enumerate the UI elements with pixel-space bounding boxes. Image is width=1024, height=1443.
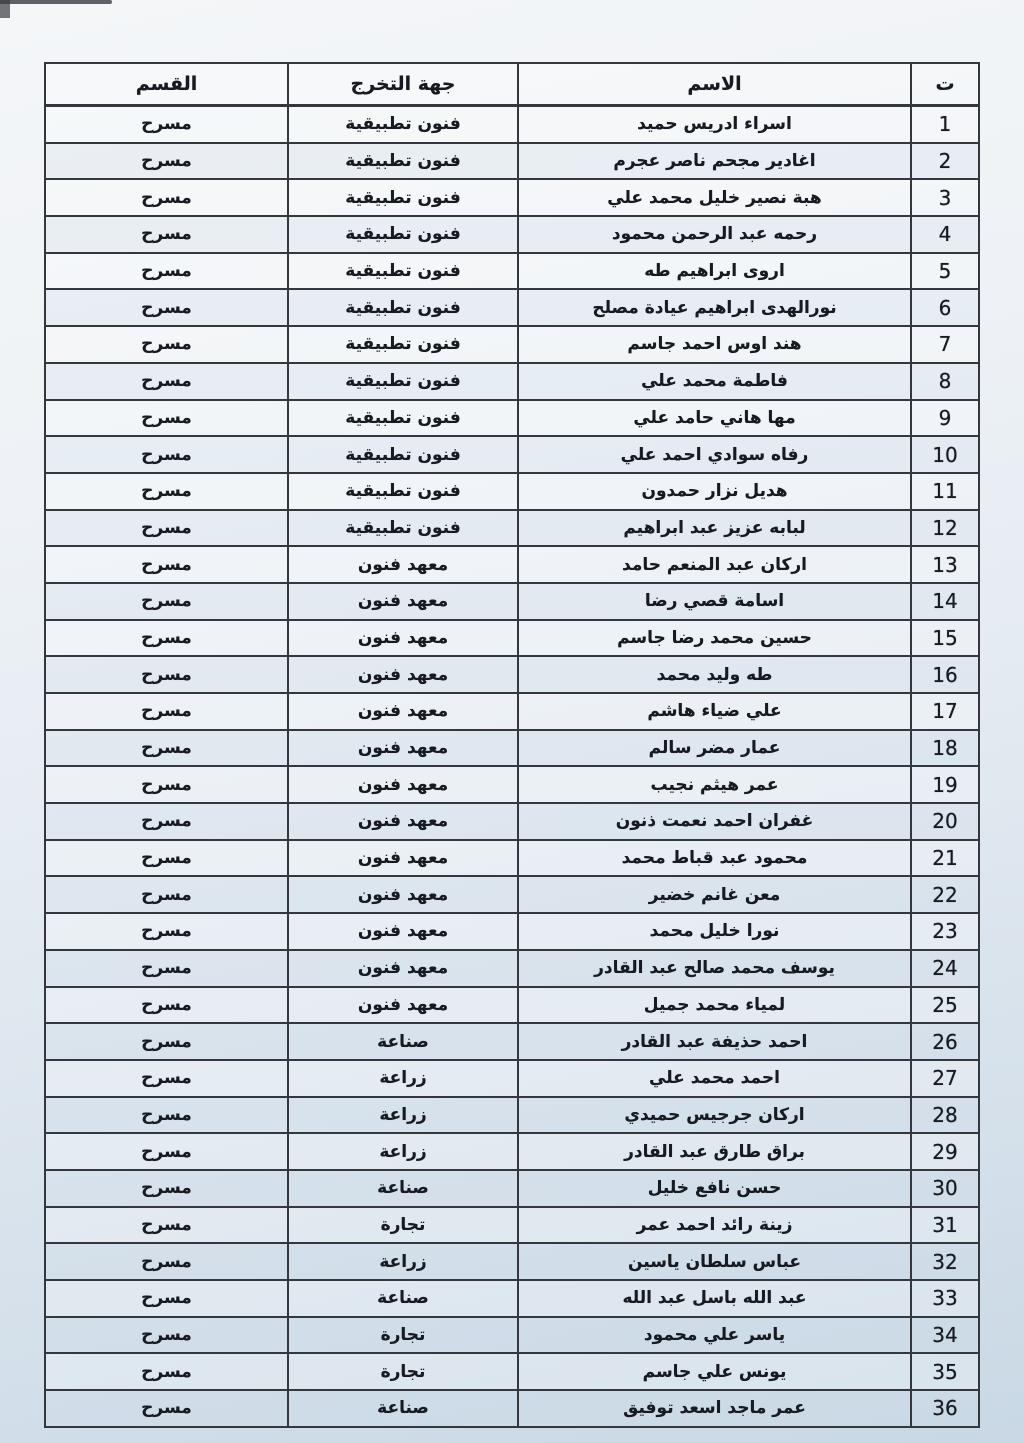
row-number: 5 xyxy=(911,253,979,290)
table-row: 24يوسف محمد صالح عبد القادرمعهد فنونمسرح xyxy=(45,950,979,987)
row-number: 10 xyxy=(911,436,979,473)
graduation-source-cell: معهد فنون xyxy=(288,876,518,913)
graduation-source-cell: معهد فنون xyxy=(288,583,518,620)
student-name: يونس علي جاسم xyxy=(518,1353,911,1390)
student-name: طه وليد محمد xyxy=(518,656,911,693)
student-name: عبد الله باسل عبد الله xyxy=(518,1280,911,1317)
table-row: 21محمود عبد قباط محمدمعهد فنونمسرح xyxy=(45,840,979,877)
graduation-source-cell: زراعة xyxy=(288,1133,518,1170)
graduates-table: ت الاسم جهة التخرج القسم 1اسراء ادريس حم… xyxy=(44,62,980,1428)
table-row: 20غفران احمد نعمت ذنونمعهد فنونمسرح xyxy=(45,803,979,840)
graduation-source-cell: معهد فنون xyxy=(288,546,518,583)
table-row: 36عمر ماجد اسعد توفيقصناعةمسرح xyxy=(45,1390,979,1427)
department-cell: مسرح xyxy=(45,253,288,290)
department-cell: مسرح xyxy=(45,106,288,143)
graduation-source-cell: تجارة xyxy=(288,1317,518,1354)
department-cell: مسرح xyxy=(45,1170,288,1207)
student-name: لمياء محمد جميل xyxy=(518,987,911,1024)
row-number: 33 xyxy=(911,1280,979,1317)
graduation-source-cell: فنون تطبيقية xyxy=(288,289,518,326)
student-name: براق طارق عبد القادر xyxy=(518,1133,911,1170)
row-number: 27 xyxy=(911,1060,979,1097)
row-number: 36 xyxy=(911,1390,979,1427)
table-row: 32عباس سلطان ياسينزراعةمسرح xyxy=(45,1243,979,1280)
row-number: 24 xyxy=(911,950,979,987)
graduation-source-cell: معهد فنون xyxy=(288,803,518,840)
graduation-source-cell: معهد فنون xyxy=(288,766,518,803)
student-name: هبة نصير خليل محمد علي xyxy=(518,179,911,216)
department-cell: مسرح xyxy=(45,400,288,437)
row-number: 23 xyxy=(911,913,979,950)
graduation-source-cell: فنون تطبيقية xyxy=(288,400,518,437)
table-row: 35يونس علي جاسمتجارةمسرح xyxy=(45,1353,979,1390)
student-name: هديل نزار حمدون xyxy=(518,473,911,510)
scan-artifact-corner xyxy=(0,0,10,18)
scan-artifact-top xyxy=(0,0,112,4)
scanned-page: ت الاسم جهة التخرج القسم 1اسراء ادريس حم… xyxy=(0,0,1024,1443)
student-name: اركان عبد المنعم حامد xyxy=(518,546,911,583)
student-name: نورالهدى ابراهيم عيادة مصلح xyxy=(518,289,911,326)
row-number: 17 xyxy=(911,693,979,730)
row-number: 11 xyxy=(911,473,979,510)
graduation-source-cell: زراعة xyxy=(288,1060,518,1097)
department-cell: مسرح xyxy=(45,950,288,987)
row-number: 22 xyxy=(911,876,979,913)
table-row: 13اركان عبد المنعم حامدمعهد فنونمسرح xyxy=(45,546,979,583)
row-number: 19 xyxy=(911,766,979,803)
row-number: 28 xyxy=(911,1097,979,1134)
department-cell: مسرح xyxy=(45,326,288,363)
graduation-source-cell: زراعة xyxy=(288,1097,518,1134)
student-name: عمر ماجد اسعد توفيق xyxy=(518,1390,911,1427)
table-row: 34ياسر علي محمودتجارةمسرح xyxy=(45,1317,979,1354)
row-number: 25 xyxy=(911,987,979,1024)
department-cell: مسرح xyxy=(45,1317,288,1354)
row-number: 29 xyxy=(911,1133,979,1170)
graduation-source-cell: فنون تطبيقية xyxy=(288,473,518,510)
graduation-source-cell: زراعة xyxy=(288,1243,518,1280)
student-name: يوسف محمد صالح عبد القادر xyxy=(518,950,911,987)
row-number: 18 xyxy=(911,730,979,767)
row-number: 31 xyxy=(911,1207,979,1244)
student-name: اسامة قصي رضا xyxy=(518,583,911,620)
table-row: 23نورا خليل محمدمعهد فنونمسرح xyxy=(45,913,979,950)
row-number: 1 xyxy=(911,106,979,143)
graduation-source-cell: فنون تطبيقية xyxy=(288,326,518,363)
student-name: عباس سلطان ياسين xyxy=(518,1243,911,1280)
graduation-source-cell: فنون تطبيقية xyxy=(288,143,518,180)
col-header-number: ت xyxy=(911,63,979,106)
table-row: 31زينة رائد احمد عمرتجارةمسرح xyxy=(45,1207,979,1244)
student-name: اسراء ادريس حميد xyxy=(518,106,911,143)
table-row: 4رحمه عبد الرحمن محمودفنون تطبيقيةمسرح xyxy=(45,216,979,253)
graduation-source-cell: معهد فنون xyxy=(288,730,518,767)
col-header-department: القسم xyxy=(45,63,288,106)
department-cell: مسرح xyxy=(45,473,288,510)
graduation-source-cell: معهد فنون xyxy=(288,913,518,950)
student-name: اروى ابراهيم طه xyxy=(518,253,911,290)
graduation-source-cell: فنون تطبيقية xyxy=(288,436,518,473)
row-number: 3 xyxy=(911,179,979,216)
department-cell: مسرح xyxy=(45,1390,288,1427)
table-row: 8فاطمة محمد عليفنون تطبيقيةمسرح xyxy=(45,363,979,400)
row-number: 34 xyxy=(911,1317,979,1354)
student-name: عمر هيثم نجيب xyxy=(518,766,911,803)
graduation-source-cell: معهد فنون xyxy=(288,620,518,657)
department-cell: مسرح xyxy=(45,583,288,620)
department-cell: مسرح xyxy=(45,693,288,730)
graduation-source-cell: فنون تطبيقية xyxy=(288,363,518,400)
table-row: 15حسين محمد رضا جاسممعهد فنونمسرح xyxy=(45,620,979,657)
table-row: 9مها هاني حامد عليفنون تطبيقيةمسرح xyxy=(45,400,979,437)
row-number: 26 xyxy=(911,1023,979,1060)
table-header-row: ت الاسم جهة التخرج القسم xyxy=(45,63,979,106)
graduation-source-cell: معهد فنون xyxy=(288,987,518,1024)
graduation-source-cell: معهد فنون xyxy=(288,693,518,730)
row-number: 6 xyxy=(911,289,979,326)
graduation-source-cell: فنون تطبيقية xyxy=(288,106,518,143)
department-cell: مسرح xyxy=(45,730,288,767)
student-name: فاطمة محمد علي xyxy=(518,363,911,400)
table-row: 27احمد محمد عليزراعةمسرح xyxy=(45,1060,979,1097)
student-name: هند اوس احمد جاسم xyxy=(518,326,911,363)
row-number: 12 xyxy=(911,510,979,547)
student-name: محمود عبد قباط محمد xyxy=(518,840,911,877)
row-number: 15 xyxy=(911,620,979,657)
department-cell: مسرح xyxy=(45,1060,288,1097)
department-cell: مسرح xyxy=(45,1023,288,1060)
student-name: ياسر علي محمود xyxy=(518,1317,911,1354)
table-row: 17علي ضياء هاشممعهد فنونمسرح xyxy=(45,693,979,730)
table-row: 3هبة نصير خليل محمد عليفنون تطبيقيةمسرح xyxy=(45,179,979,216)
graduation-source-cell: معهد فنون xyxy=(288,840,518,877)
graduation-source-cell: صناعة xyxy=(288,1280,518,1317)
table-row: 11هديل نزار حمدونفنون تطبيقيةمسرح xyxy=(45,473,979,510)
student-name: علي ضياء هاشم xyxy=(518,693,911,730)
department-cell: مسرح xyxy=(45,179,288,216)
table-body: 1اسراء ادريس حميدفنون تطبيقيةمسرح2اغادير… xyxy=(45,106,979,1427)
table-row: 18عمار مضر سالممعهد فنونمسرح xyxy=(45,730,979,767)
department-cell: مسرح xyxy=(45,289,288,326)
table-row: 29براق طارق عبد القادرزراعةمسرح xyxy=(45,1133,979,1170)
department-cell: مسرح xyxy=(45,840,288,877)
graduation-source-cell: فنون تطبيقية xyxy=(288,253,518,290)
department-cell: مسرح xyxy=(45,363,288,400)
table-row: 5اروى ابراهيم طهفنون تطبيقيةمسرح xyxy=(45,253,979,290)
col-header-graduation-source: جهة التخرج xyxy=(288,63,518,106)
graduation-source-cell: تجارة xyxy=(288,1353,518,1390)
row-number: 32 xyxy=(911,1243,979,1280)
student-name: معن غانم خضير xyxy=(518,876,911,913)
row-number: 16 xyxy=(911,656,979,693)
student-name: احمد محمد علي xyxy=(518,1060,911,1097)
graduation-source-cell: صناعة xyxy=(288,1170,518,1207)
table-row: 6نورالهدى ابراهيم عيادة مصلحفنون تطبيقية… xyxy=(45,289,979,326)
student-name: اركان جرجيس حميدي xyxy=(518,1097,911,1134)
graduation-source-cell: فنون تطبيقية xyxy=(288,179,518,216)
student-name: لبابه عزيز عبد ابراهيم xyxy=(518,510,911,547)
student-name: رفاه سوادي احمد علي xyxy=(518,436,911,473)
table-row: 16طه وليد محمدمعهد فنونمسرح xyxy=(45,656,979,693)
table-row: 22معن غانم خضيرمعهد فنونمسرح xyxy=(45,876,979,913)
department-cell: مسرح xyxy=(45,1280,288,1317)
department-cell: مسرح xyxy=(45,913,288,950)
department-cell: مسرح xyxy=(45,620,288,657)
department-cell: مسرح xyxy=(45,803,288,840)
graduation-source-cell: معهد فنون xyxy=(288,950,518,987)
table-row: 12لبابه عزيز عبد ابراهيمفنون تطبيقيةمسرح xyxy=(45,510,979,547)
row-number: 30 xyxy=(911,1170,979,1207)
graduation-source-cell: فنون تطبيقية xyxy=(288,216,518,253)
department-cell: مسرح xyxy=(45,656,288,693)
student-name: حسن نافع خليل xyxy=(518,1170,911,1207)
department-cell: مسرح xyxy=(45,436,288,473)
table-row: 1اسراء ادريس حميدفنون تطبيقيةمسرح xyxy=(45,106,979,143)
student-name: زينة رائد احمد عمر xyxy=(518,1207,911,1244)
col-header-name: الاسم xyxy=(518,63,911,106)
department-cell: مسرح xyxy=(45,216,288,253)
department-cell: مسرح xyxy=(45,510,288,547)
row-number: 35 xyxy=(911,1353,979,1390)
department-cell: مسرح xyxy=(45,876,288,913)
table-row: 7هند اوس احمد جاسمفنون تطبيقيةمسرح xyxy=(45,326,979,363)
table-row: 26احمد حذيفة عبد القادرصناعةمسرح xyxy=(45,1023,979,1060)
row-number: 2 xyxy=(911,143,979,180)
department-cell: مسرح xyxy=(45,987,288,1024)
student-name: مها هاني حامد علي xyxy=(518,400,911,437)
row-number: 14 xyxy=(911,583,979,620)
department-cell: مسرح xyxy=(45,1207,288,1244)
row-number: 8 xyxy=(911,363,979,400)
department-cell: مسرح xyxy=(45,143,288,180)
row-number: 7 xyxy=(911,326,979,363)
student-name: حسين محمد رضا جاسم xyxy=(518,620,911,657)
student-name: احمد حذيفة عبد القادر xyxy=(518,1023,911,1060)
department-cell: مسرح xyxy=(45,546,288,583)
row-number: 21 xyxy=(911,840,979,877)
student-name: رحمه عبد الرحمن محمود xyxy=(518,216,911,253)
table-row: 30حسن نافع خليلصناعةمسرح xyxy=(45,1170,979,1207)
student-name: نورا خليل محمد xyxy=(518,913,911,950)
graduation-source-cell: صناعة xyxy=(288,1390,518,1427)
graduation-source-cell: صناعة xyxy=(288,1023,518,1060)
row-number: 13 xyxy=(911,546,979,583)
table-row: 19عمر هيثم نجيبمعهد فنونمسرح xyxy=(45,766,979,803)
department-cell: مسرح xyxy=(45,1097,288,1134)
department-cell: مسرح xyxy=(45,1353,288,1390)
table-row: 2اغادير مجحم ناصر عجرمفنون تطبيقيةمسرح xyxy=(45,143,979,180)
table-row: 10رفاه سوادي احمد عليفنون تطبيقيةمسرح xyxy=(45,436,979,473)
department-cell: مسرح xyxy=(45,766,288,803)
table-row: 25لمياء محمد جميلمعهد فنونمسرح xyxy=(45,987,979,1024)
table-row: 14اسامة قصي رضامعهد فنونمسرح xyxy=(45,583,979,620)
student-name: غفران احمد نعمت ذنون xyxy=(518,803,911,840)
graduation-source-cell: تجارة xyxy=(288,1207,518,1244)
student-name: اغادير مجحم ناصر عجرم xyxy=(518,143,911,180)
table-row: 28اركان جرجيس حميديزراعةمسرح xyxy=(45,1097,979,1134)
table-row: 33عبد الله باسل عبد اللهصناعةمسرح xyxy=(45,1280,979,1317)
student-name: عمار مضر سالم xyxy=(518,730,911,767)
department-cell: مسرح xyxy=(45,1243,288,1280)
row-number: 4 xyxy=(911,216,979,253)
department-cell: مسرح xyxy=(45,1133,288,1170)
graduation-source-cell: معهد فنون xyxy=(288,656,518,693)
graduation-source-cell: فنون تطبيقية xyxy=(288,510,518,547)
row-number: 9 xyxy=(911,400,979,437)
row-number: 20 xyxy=(911,803,979,840)
